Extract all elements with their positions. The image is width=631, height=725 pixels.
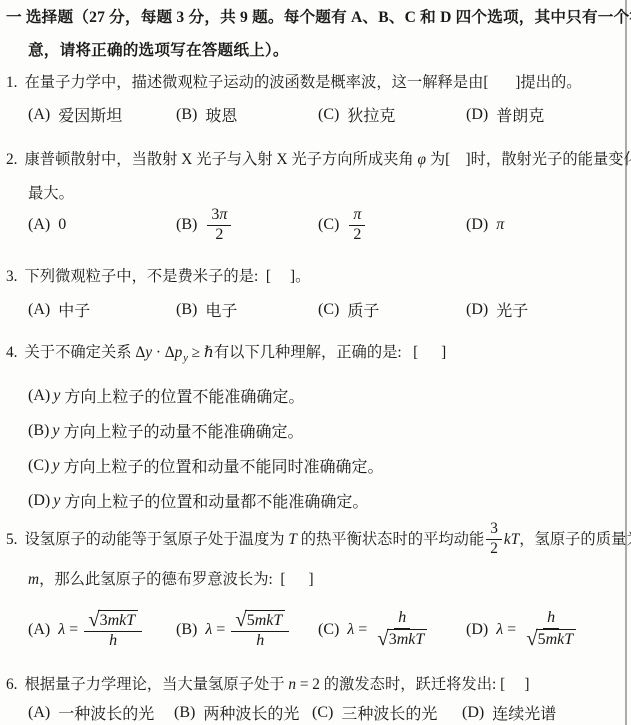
option-c: (C)λ= h√3mkT — [318, 602, 433, 658]
numerator-h: h — [547, 609, 555, 628]
stem-text: 根据量子力学理论，当大量氢原子处于 — [24, 676, 288, 693]
radicand-vars: mkT — [108, 612, 136, 629]
option-label: (A) — [28, 106, 50, 124]
lambda-symbol: λ — [496, 621, 503, 639]
option-label: (D) — [466, 301, 488, 319]
question-2-stem: 2.康普顿散射中，当散射 X 光子与入射 X 光子方向所成夹角 φ 为[ ]时，… — [6, 149, 631, 170]
option-text: 两种波长的光 — [203, 701, 299, 724]
fraction: √5mkTh — [231, 610, 289, 651]
option-text: 三种波长的光 — [341, 701, 437, 724]
option-text: 狄拉克 — [347, 103, 395, 126]
var-y: y — [52, 422, 59, 440]
stem-text: 为[ ]时，散射光子的能量变化 — [426, 151, 631, 168]
option-b: (B)3π2 — [176, 201, 233, 249]
option-a: (A)一种波长的光 — [28, 701, 154, 724]
equals-sign: = — [69, 621, 82, 639]
option-text: 质子 — [347, 298, 379, 321]
option-label: (B) — [176, 216, 197, 234]
question-number: 5. — [6, 529, 17, 550]
question-number: 4. — [6, 342, 17, 363]
denominator: 2 — [486, 540, 502, 558]
option-b: (B)y 方向上粒子的动量不能准确确定。 — [28, 419, 303, 442]
var-y: y — [145, 344, 152, 361]
option-label: (C) — [318, 216, 339, 234]
pi-symbol: π — [353, 206, 361, 225]
option-text: 玻恩 — [205, 103, 237, 126]
option-b: (B)两种波长的光 — [174, 701, 299, 724]
numerator-h: h — [398, 609, 406, 628]
fraction: h√5mkT — [522, 609, 580, 651]
denominator-h: h — [109, 632, 117, 649]
radical: √3mkT — [377, 629, 427, 650]
geq-symbol: ≥ — [188, 344, 204, 361]
coefficient: 5 — [247, 612, 255, 629]
option-d: (D)λ= h√5mkT — [466, 602, 582, 658]
denominator-h: h — [256, 632, 264, 649]
option-c: (C)π2 — [318, 201, 367, 249]
coefficient: 5 — [538, 631, 546, 648]
option-label: (C) — [318, 301, 339, 319]
equals-sign: = — [358, 621, 371, 639]
option-label: (B) — [174, 704, 195, 722]
var-m: m — [28, 571, 39, 588]
option-a: (A)爱因斯坦 — [28, 103, 122, 126]
option-label: (D) — [28, 492, 50, 510]
option-label: (D) — [462, 704, 484, 722]
option-text: 方向上粒子的位置和动量不能同时准确确定。 — [59, 454, 383, 477]
section-header-line1: 一 选择题（27 分，每题 3 分，共 9 题。每个题有 A、B、C 和 D 四… — [6, 7, 631, 28]
option-text: 连续光谱 — [492, 701, 556, 724]
option-d: (D)普朗克 — [466, 103, 544, 126]
option-label: (C) — [318, 106, 339, 124]
question-number: 6. — [6, 674, 17, 695]
option-label: (B) — [176, 301, 197, 319]
section-header-line2: 意，请将正确的选项写在答题纸上）。 — [28, 40, 289, 61]
option-label: (B) — [176, 621, 197, 639]
var-y: y — [52, 457, 59, 475]
hbar-symbol: ℏ — [204, 344, 214, 361]
equals-sign: = — [216, 621, 229, 639]
option-label: (D) — [466, 106, 488, 124]
option-d: (D)光子 — [466, 298, 528, 321]
equals-sign: = — [507, 621, 520, 639]
option-b: (B)电子 — [176, 298, 237, 321]
stem-text: 关于不确定关系 — [24, 344, 135, 361]
question-number: 2. — [6, 149, 17, 170]
stem-text: 设氢原子的动能等于氢原子处于温度为 — [24, 529, 288, 550]
question-1-stem: 1.在量子力学中，描述微观粒子运动的波函数是概率波，这一解释是由[ ]提出的。 — [6, 72, 582, 93]
stem-text: ，氢原子的质量为 — [519, 529, 631, 550]
question-number: 1. — [6, 72, 17, 93]
option-text: 爱因斯坦 — [58, 103, 122, 126]
option-label: (A) — [28, 216, 50, 234]
option-label: (D) — [466, 216, 488, 234]
stem-text: 的热平衡状态时的平均动能 — [297, 529, 484, 550]
question-3-stem: 3.下列微观粒子中，不是费米子的是: [ ]。 — [6, 266, 310, 287]
option-text: 普朗克 — [496, 103, 544, 126]
option-b: (B)玻恩 — [176, 103, 237, 126]
var-T: T — [288, 529, 297, 550]
option-c: (C)狄拉克 — [318, 103, 395, 126]
pi-symbol: π — [496, 216, 504, 234]
option-a: (A)中子 — [28, 298, 90, 321]
option-label: (A) — [28, 621, 50, 639]
lambda-symbol: λ — [347, 621, 354, 639]
option-label: (C) — [318, 621, 339, 639]
denominator: 2 — [211, 226, 227, 245]
question-5-stem: 5.设氢原子的动能等于氢原子处于温度为 T 的热平衡状态时的平均动能32kT，氢… — [6, 512, 631, 566]
var-n: n — [288, 676, 296, 693]
fraction: h√3mkT — [373, 609, 431, 651]
option-c: (C)y 方向上粒子的位置和动量不能同时准确确定。 — [28, 454, 383, 477]
radicand-vars: mkT — [397, 631, 425, 648]
pi-symbol: π — [219, 206, 227, 225]
var-y: y — [53, 387, 60, 405]
option-c: (C)质子 — [318, 298, 379, 321]
radical: √3mkT — [88, 610, 138, 631]
option-a: (A)0 — [28, 201, 66, 249]
option-d: (D)π — [466, 201, 504, 249]
radicand-vars: mkT — [546, 631, 574, 648]
coefficient: 3 — [100, 612, 108, 629]
stem-text: 在量子力学中，描述微观粒子运动的波函数是概率波，这一解释是由[ ]提出的。 — [24, 74, 581, 91]
option-a: (A)λ= √3mkTh — [28, 602, 144, 658]
page-edge-line — [625, 0, 627, 725]
option-label: (B) — [176, 106, 197, 124]
option-text: 电子 — [205, 298, 237, 321]
question-4-stem: 4.关于不确定关系 Δy · Δpy ≥ ℏ有以下几种理解，正确的是: [ ] — [6, 342, 446, 369]
stem-text: 有以下几种理解，正确的是: [ ] — [214, 344, 446, 361]
option-c: (C)三种波长的光 — [312, 701, 437, 724]
var-kT: kT — [504, 529, 519, 550]
stem-text: 下列微观粒子中，不是费米子的是: [ ]。 — [24, 268, 310, 285]
question-5-stem-cont: m，那么此氢原子的德布罗意波长为: [ ] — [28, 569, 314, 590]
stem-text: ，那么此氢原子的德布罗意波长为: [ ] — [39, 571, 314, 588]
option-label: (B) — [28, 422, 49, 440]
stem-text: = 2 的激发态时，跃迁将发出: [ ] — [296, 676, 529, 693]
option-text: 方向上粒子的位置和动量都不能准确确定。 — [60, 489, 368, 512]
delta-symbol: Δ — [135, 344, 145, 361]
option-label: (D) — [466, 621, 488, 639]
option-d: (D)y 方向上粒子的位置和动量都不能准确确定。 — [28, 489, 368, 512]
radical: √5mkT — [526, 629, 576, 650]
option-label: (A) — [28, 704, 50, 722]
radicand-vars: mkT — [255, 612, 283, 629]
lambda-symbol: λ — [205, 621, 212, 639]
option-d: (D)连续光谱 — [462, 701, 556, 724]
option-a: (A)y 方向上粒子的位置不能准确确定。 — [28, 384, 304, 407]
fraction: π2 — [349, 206, 365, 245]
question-6-stem: 6.根据量子力学理论，当大量氢原子处于 n = 2 的激发态时，跃迁将发出: [… — [6, 674, 529, 695]
denominator: 2 — [349, 226, 365, 245]
option-label: (C) — [28, 457, 49, 475]
option-label: (A) — [28, 387, 50, 405]
option-text: 一种波长的光 — [58, 701, 154, 724]
coefficient: 3 — [211, 206, 219, 225]
option-text: 方向上粒子的动量不能准确确定。 — [59, 419, 303, 442]
question-number: 3. — [6, 266, 17, 287]
option-label: (C) — [312, 704, 333, 722]
option-label: (A) — [28, 301, 50, 319]
lambda-symbol: λ — [58, 621, 65, 639]
radical: √5mkT — [235, 610, 285, 631]
coefficient: 3 — [389, 631, 397, 648]
delta-symbol: Δ — [165, 344, 175, 361]
dot-operator: · — [152, 344, 165, 361]
option-text: 0 — [58, 216, 66, 234]
option-text: 方向上粒子的位置不能准确确定。 — [60, 384, 304, 407]
option-text: 光子 — [496, 298, 528, 321]
phi-symbol: φ — [418, 151, 426, 168]
fraction: 3π2 — [207, 206, 231, 245]
exam-page: 一 选择题（27 分，每题 3 分，共 9 题。每个题有 A、B、C 和 D 四… — [0, 0, 631, 725]
numerator: 3 — [486, 520, 502, 539]
fraction: √3mkTh — [84, 610, 142, 651]
var-y: y — [53, 492, 60, 510]
stem-text: 康普顿散射中，当散射 X 光子与入射 X 光子方向所成夹角 — [24, 151, 417, 168]
option-text: 中子 — [58, 298, 90, 321]
var-p: p — [175, 344, 183, 361]
option-b: (B)λ= √5mkTh — [176, 602, 291, 658]
fraction: 32 — [486, 520, 502, 557]
